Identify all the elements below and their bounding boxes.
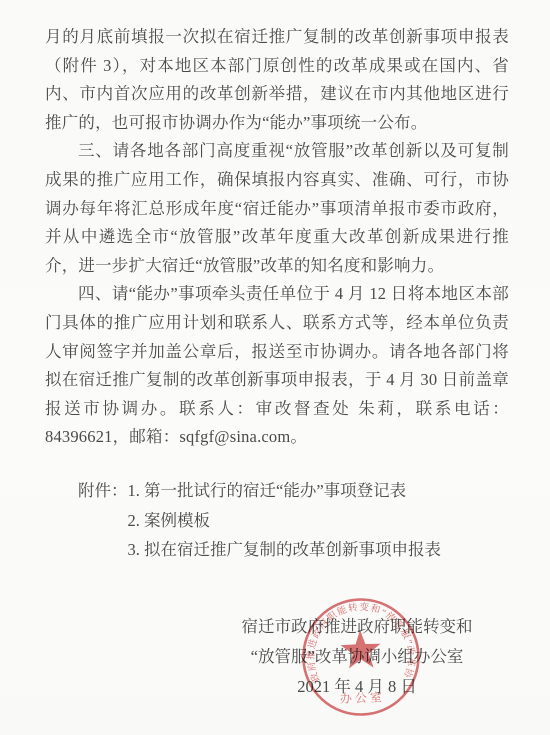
attachment-item: 1. 第一批试行的宿迁“能办”事项登记表 (128, 476, 442, 506)
attachment-item: 2. 案例模板 (128, 506, 442, 536)
seal-bottom-text: 办公室 (340, 689, 386, 706)
attachments-list: 1. 第一批试行的宿迁“能办”事项登记表 2. 案例模板 3. 拟在宿迁推广复制… (128, 476, 442, 565)
paragraph-item-three: 三、请各地各部门高度重视“放管服”改革创新以及可复制成果的推广应用工作，确保填报… (45, 137, 509, 280)
seal-star-icon (340, 629, 381, 668)
paragraph-continuation: 月的月底前填报一次拟在宿迁推广复制的改革创新事项申报表（附件 3），对本地区本部… (45, 23, 509, 137)
attachments-block: 附件： 1. 第一批试行的宿迁“能办”事项登记表 2. 案例模板 3. 拟在宿迁… (78, 476, 441, 565)
attachments-label: 附件： (78, 476, 128, 506)
document-body: 月的月底前填报一次拟在宿迁推广复制的改革创新事项申报表（附件 3），对本地区本部… (45, 23, 509, 452)
paragraph-item-four: 四、请“能办”事项牵头责任单位于 4 月 12 日将本地区本部门具体的推广应用计… (45, 280, 509, 452)
attachment-item: 3. 拟在宿迁推广复制的改革创新事项申报表 (128, 535, 442, 565)
official-seal: 宿迁市政府推进政府职能转变和“放管服”改革协调小组 办公室 (289, 587, 434, 732)
document-page: 月的月底前填报一次拟在宿迁推广复制的改革创新事项申报表（附件 3），对本地区本部… (0, 0, 550, 735)
